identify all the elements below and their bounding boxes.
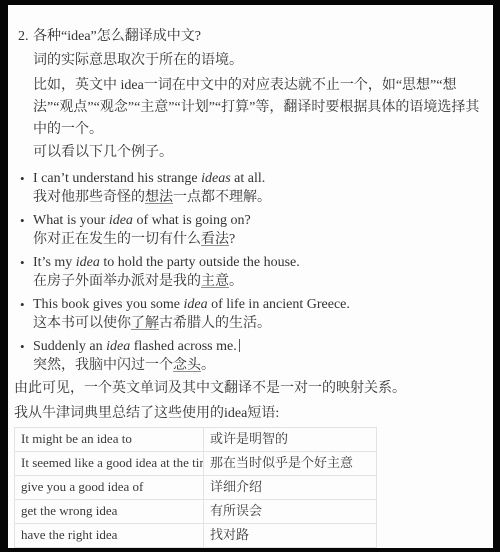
example-en: of life in ancient Greece. [208, 297, 350, 312]
document-page[interactable]: 2.各种“idea”怎么翻译成中文? 词的实际意思取次于所在的语境。 比如，英文… [8, 5, 493, 548]
example-item: Suddenly an idea flashed across me. 突然，我… [33, 337, 487, 375]
text-cursor [239, 339, 241, 352]
example-zh: 一点都不理解。 [173, 190, 271, 205]
example-en: flashed across me. [130, 339, 237, 354]
example-item: What is your idea of what is going on? 你… [33, 211, 487, 249]
example-zh: 我对他那些奇怪的 [33, 190, 145, 205]
example-en-emphasis: ideas [201, 171, 231, 186]
screenshot-root: { "meta": { "text_color": "#333333", "pa… [0, 0, 500, 552]
example-zh-underlined: 主意 [201, 274, 229, 289]
phrase-en-cell: It might be an idea to [15, 428, 204, 452]
example-item: I can’t understand his strange ideas at … [33, 169, 487, 207]
example-zh: 。 [201, 358, 215, 373]
phrase-en-cell: give you a good idea of [15, 476, 204, 500]
idea-phrases-table: It might be an idea to 或许是明智的 It seemed … [14, 427, 377, 548]
example-zh-underlined: 想法 [145, 190, 173, 205]
example-item: This book gives you some idea of life in… [33, 295, 487, 333]
phrase-zh-cell: 详细介绍 [204, 476, 377, 500]
example-zh-underlined: 看法 [201, 232, 229, 247]
example-en: to hold the party outside the house. [100, 255, 300, 270]
example-zh-underlined: 念头 [173, 358, 201, 373]
example-en-emphasis: idea [106, 339, 130, 354]
example-zh: 这本书可以使你 [33, 316, 131, 331]
example-zh: 。 [229, 274, 243, 289]
example-zh: 你对正在发生的一切有什么 [33, 232, 201, 247]
example-en-emphasis: idea [109, 213, 133, 228]
table-row: It seemed like a good idea at the time 那… [15, 452, 377, 476]
paragraph-translations: 比如，英文中 idea一词在中文中的对应表达就不止一个，如“思想”“想法”“观点… [33, 75, 487, 141]
section-title: 各种“idea”怎么翻译成中文? [33, 29, 201, 44]
example-en-emphasis: idea [184, 297, 208, 312]
phrase-zh-cell: 找对路 [204, 524, 377, 548]
example-zh: ? [229, 232, 235, 247]
example-en: It’s my [33, 255, 76, 270]
example-en: of what is going on? [133, 213, 251, 228]
paragraph-conclusion: 由此可见，一个英文单词及其中文翻译不是一对一的映射关系。 [14, 379, 487, 399]
table-row: get the wrong idea 有所误会 [15, 500, 377, 524]
phrase-en-cell: have the right idea [15, 524, 204, 548]
table-row: It might be an idea to 或许是明智的 [15, 428, 377, 452]
example-en: This book gives you some [33, 297, 184, 312]
section-heading: 2.各种“idea”怎么翻译成中文? [18, 27, 487, 47]
example-item: It’s my idea to hold the party outside t… [33, 253, 487, 291]
example-list: I can’t understand his strange ideas at … [14, 169, 487, 375]
section-number: 2. [18, 27, 33, 47]
example-en-emphasis: idea [76, 255, 100, 270]
example-en: I can’t understand his strange [33, 171, 201, 186]
example-en: What is your [33, 213, 109, 228]
paragraph-examples-lead: 可以看以下几个例子。 [33, 143, 487, 163]
example-zh: 在房子外面举办派对是我的 [33, 274, 201, 289]
phrase-en-cell: It seemed like a good idea at the time [15, 452, 204, 476]
example-zh: 古希腊人的生活。 [159, 316, 271, 331]
table-row: have the right idea 找对路 [15, 524, 377, 548]
table-row: give you a good idea of 详细介绍 [15, 476, 377, 500]
paragraph-context: 词的实际意思取次于所在的语境。 [33, 51, 487, 71]
phrase-zh-cell: 有所误会 [204, 500, 377, 524]
paragraph-table-intro: 我从牛津词典里总结了这些使用的idea短语: [14, 404, 487, 424]
phrase-en-cell: get the wrong idea [15, 500, 204, 524]
example-en: Suddenly an [33, 339, 106, 354]
example-zh-underlined: 了解 [131, 316, 159, 331]
example-en: at all. [231, 171, 266, 186]
phrase-zh-cell: 或许是明智的 [204, 428, 377, 452]
phrase-zh-cell: 那在当时似乎是个好主意 [204, 452, 377, 476]
example-zh: 突然，我脑中闪过一个 [33, 358, 173, 373]
